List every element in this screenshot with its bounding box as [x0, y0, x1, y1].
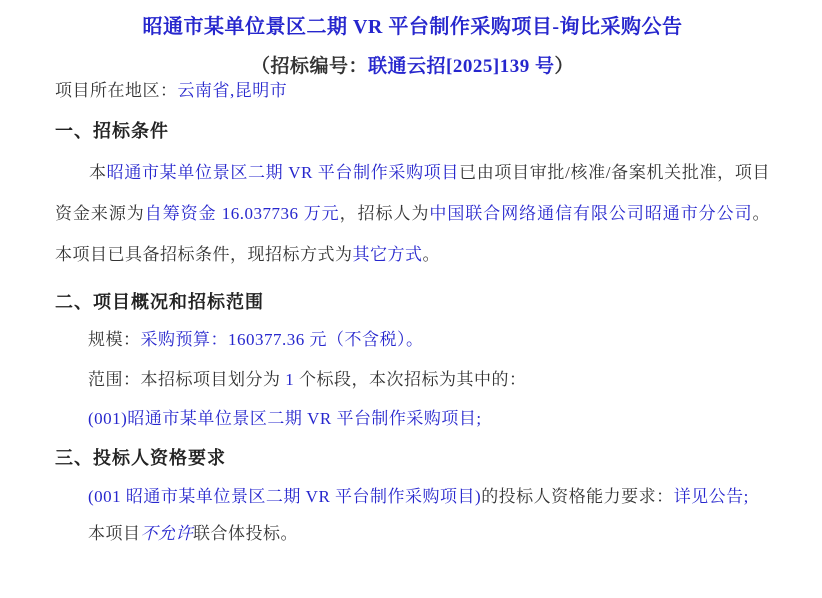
paragraph-segment: ，招标人为 — [340, 204, 430, 223]
document-title: 昭通市某单位景区二期 VR 平台制作采购项目-询比采购公告 — [55, 13, 770, 41]
tender-number-prefix: （招标编号： — [251, 56, 368, 77]
paragraph-segment: 本 — [89, 163, 107, 182]
tender-number-line: （招标编号：联通云招[2025]139 号） — [55, 54, 770, 80]
qualification-segment: 的投标人资格能力要求： — [481, 487, 674, 506]
scope-segment: 范围：本招标项目划分为 — [88, 370, 285, 389]
qualification-detail-link: 详见公告; — [674, 487, 749, 506]
qualification-project-name: (001 昭通市某单位景区二期 VR 平台制作采购项目) — [88, 487, 481, 506]
lot-count-value: 1 — [285, 370, 294, 389]
section-1-paragraph: 本昭通市某单位景区二期 VR 平台制作采购项目已由项目审批/核准/备案机关批准，… — [55, 152, 770, 275]
tenderer-name-value: 中国联合网络通信有限公司昭通市分公司 — [429, 204, 752, 223]
lot-name-line: (001)昭通市某单位景区二期 VR 平台制作采购项目; — [55, 408, 770, 430]
section-3-heading: 三、投标人资格要求 — [55, 446, 770, 470]
location-label: 项目所在地区： — [55, 81, 178, 100]
tender-method-value: 其它方式 — [353, 245, 423, 264]
joint-bid-segment: 本项目 — [88, 524, 141, 543]
funding-source-value: 自筹资金 16.037736 万元 — [145, 204, 340, 223]
scale-line: 规模：采购预算：160377.36 元（不含税）。 — [55, 329, 770, 351]
project-name-link: 昭通市某单位景区二期 VR 平台制作采购项目 — [107, 163, 459, 182]
scale-label: 规模： — [88, 330, 141, 349]
tender-number-suffix: ） — [554, 56, 574, 77]
budget-value: 采购预算：160377.36 元（不含税）。 — [141, 330, 424, 349]
tender-announcement-document: 昭通市某单位景区二期 VR 平台制作采购项目-询比采购公告 （招标编号：联通云招… — [0, 0, 822, 598]
scope-segment: 个标段，本次招标为其中的： — [294, 370, 526, 389]
tender-number-value: 联通云招[2025]139 号 — [368, 56, 554, 77]
location-value: 云南省,昆明市 — [178, 81, 288, 100]
scope-line: 范围：本招标项目划分为 1 个标段，本次招标为其中的： — [55, 369, 770, 391]
joint-bid-not-allowed-value: 不允许 — [141, 524, 194, 543]
joint-bid-segment: 联合体投标。 — [193, 524, 298, 543]
joint-bid-line: 本项目不允许联合体投标。 — [55, 523, 770, 545]
section-1-heading: 一、招标条件 — [55, 119, 770, 143]
paragraph-segment: 。 — [423, 245, 441, 264]
section-2-heading: 二、项目概况和招标范围 — [55, 290, 770, 314]
project-location-line: 项目所在地区：云南省,昆明市 — [55, 80, 770, 102]
qualification-line: (001 昭通市某单位景区二期 VR 平台制作采购项目)的投标人资格能力要求：详… — [55, 486, 770, 508]
